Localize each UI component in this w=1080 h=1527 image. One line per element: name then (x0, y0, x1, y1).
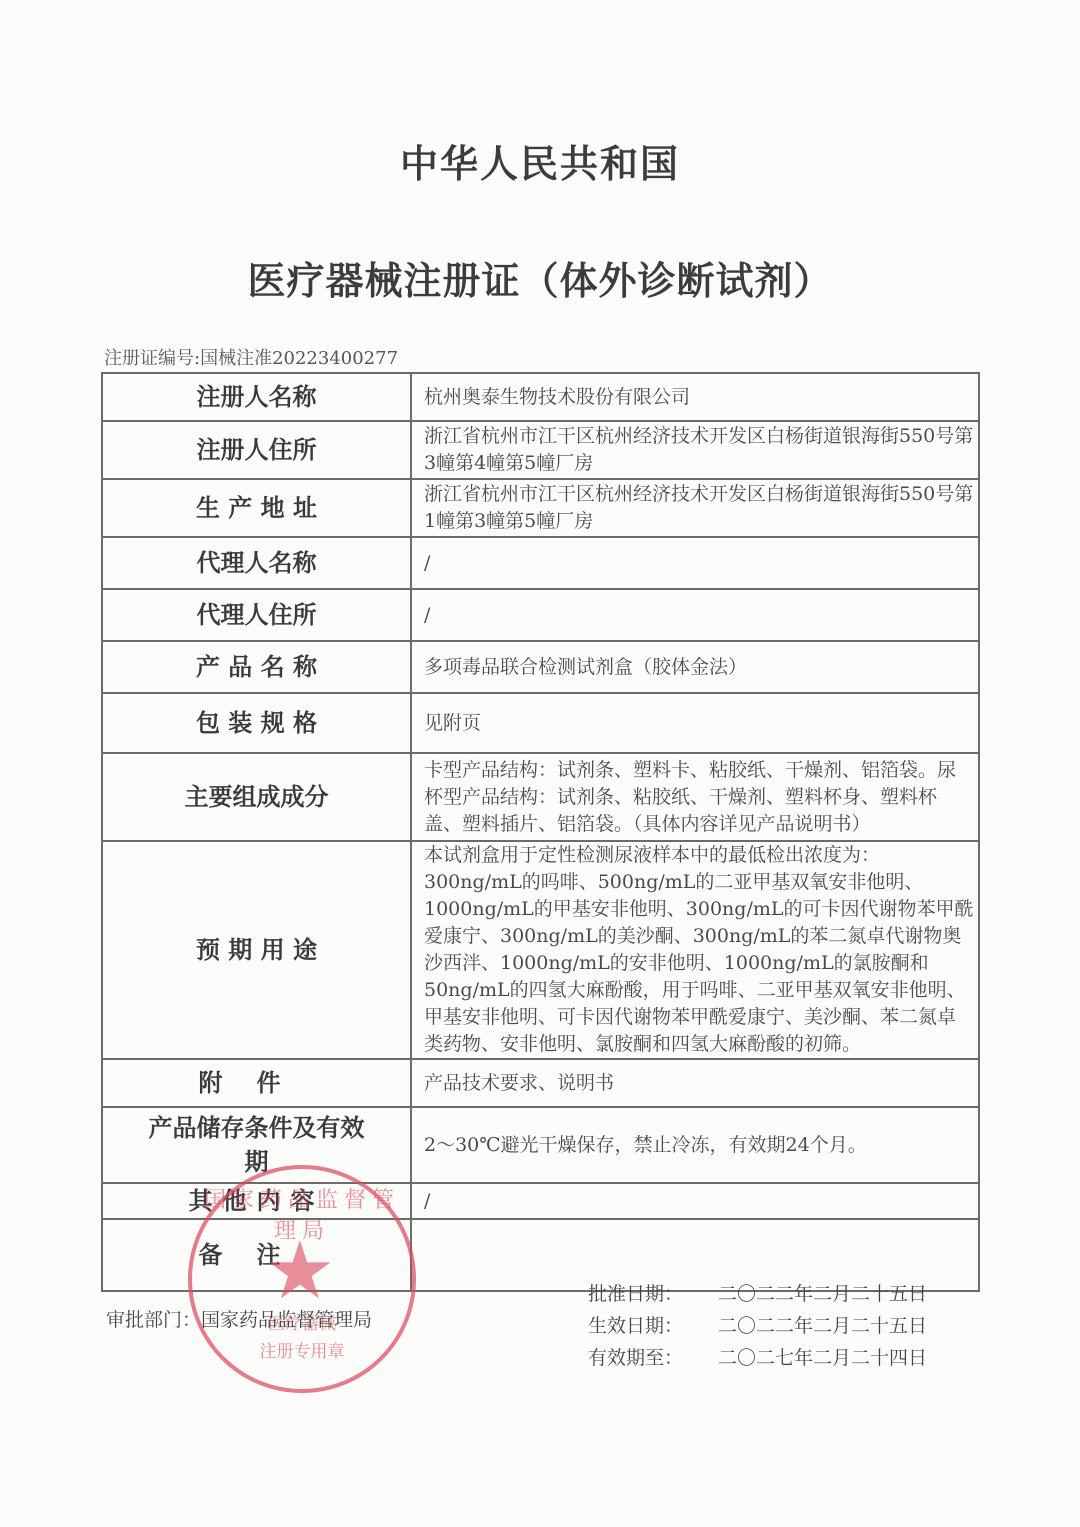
row-value: 本试剂盒用于定性检测尿液样本中的最低检出浓度为：300ng/mL的吗啡、500n… (411, 841, 979, 1059)
date-label: 生效日期： (588, 1310, 718, 1342)
row-value: / (411, 537, 979, 589)
row-value: 多项毒品联合检测试剂盒（胶体金法） (411, 641, 979, 693)
table-row: 包 装 规 格 见附页 (102, 693, 979, 753)
row-label: 其他内容 (102, 1183, 411, 1219)
table-row: 产品储存条件及有效期 2～30℃避光干燥保存，禁止冷冻，有效期24个月。 (102, 1107, 979, 1183)
row-label: 包 装 规 格 (102, 693, 411, 753)
registration-number: 注册证编号:国械注准20223400277 (104, 344, 398, 370)
date-value: 二〇二二年二月二十五日 (718, 1283, 927, 1305)
row-value: 见附页 (411, 693, 979, 753)
approval-department: 审批部门：国家药品监督管理局 (106, 1305, 372, 1332)
row-label: 主要组成成分 (102, 753, 411, 841)
row-label: 预 期 用 途 (102, 841, 411, 1059)
table-row: 注册人名称 杭州奥泰生物技术股份有限公司 (102, 373, 979, 421)
table-row: 主要组成成分 卡型产品结构：试剂条、塑料卡、粘胶纸、干燥剂、铝箔袋。尿杯型产品结… (102, 753, 979, 841)
row-label: 产 品 名 称 (102, 641, 411, 693)
table-row: 附件 产品技术要求、说明书 (102, 1059, 979, 1107)
row-value: 产品技术要求、说明书 (411, 1059, 979, 1107)
row-value: 卡型产品结构：试剂条、塑料卡、粘胶纸、干燥剂、铝箔袋。尿杯型产品结构：试剂条、粘… (411, 753, 979, 841)
row-label: 注册人名称 (102, 373, 411, 421)
table-row: 代理人名称 / (102, 537, 979, 589)
row-label: 产品储存条件及有效期 (102, 1107, 411, 1183)
date-value: 二〇二二年二月二十五日 (718, 1315, 927, 1337)
certificate-table: 注册人名称 杭州奥泰生物技术股份有限公司 注册人住所 浙江省杭州市江干区杭州经济… (101, 372, 980, 1292)
date-value: 二〇二七年二月二十四日 (718, 1347, 927, 1369)
row-label: 生 产 地 址 (102, 479, 411, 537)
row-value: 2～30℃避光干燥保存，禁止冷冻，有效期24个月。 (411, 1107, 979, 1183)
table-row: 其他内容 / (102, 1183, 979, 1219)
date-label: 有效期至： (588, 1342, 718, 1374)
date-block: 批准日期：二〇二二年二月二十五日 生效日期：二〇二二年二月二十五日 有效期至：二… (588, 1278, 927, 1374)
row-label: 备注 (102, 1219, 411, 1291)
date-label: 批准日期： (588, 1278, 718, 1310)
table-row: 预 期 用 途 本试剂盒用于定性检测尿液样本中的最低检出浓度为：300ng/mL… (102, 841, 979, 1059)
table-row: 产 品 名 称 多项毒品联合检测试剂盒（胶体金法） (102, 641, 979, 693)
row-label: 注册人住所 (102, 421, 411, 479)
row-value: 浙江省杭州市江干区杭州经济技术开发区白杨街道银海街550号第1幢第3幢第5幢厂房 (411, 479, 979, 537)
seal-line2: 注册专用章 (242, 1337, 362, 1362)
row-value: / (411, 1183, 979, 1219)
table-row: 代理人住所 / (102, 589, 979, 641)
effective-date-row: 生效日期：二〇二二年二月二十五日 (588, 1310, 927, 1342)
certificate-title: 医疗器械注册证（体外诊断试剂） (0, 250, 1080, 305)
country-title: 中华人民共和国 (0, 133, 1080, 188)
row-label: 代理人名称 (102, 537, 411, 589)
table-row: 注册人住所 浙江省杭州市江干区杭州经济技术开发区白杨街道银海街550号第3幢第4… (102, 421, 979, 479)
table-row: 生 产 地 址 浙江省杭州市江干区杭州经济技术开发区白杨街道银海街550号第1幢… (102, 479, 979, 537)
row-label: 代理人住所 (102, 589, 411, 641)
row-label: 附件 (102, 1059, 411, 1107)
expiry-date-row: 有效期至：二〇二七年二月二十四日 (588, 1342, 927, 1374)
row-value: / (411, 589, 979, 641)
approval-date-row: 批准日期：二〇二二年二月二十五日 (588, 1278, 927, 1310)
row-value: 杭州奥泰生物技术股份有限公司 (411, 373, 979, 421)
row-value: 浙江省杭州市江干区杭州经济技术开发区白杨街道银海街550号第3幢第4幢第5幢厂房 (411, 421, 979, 479)
